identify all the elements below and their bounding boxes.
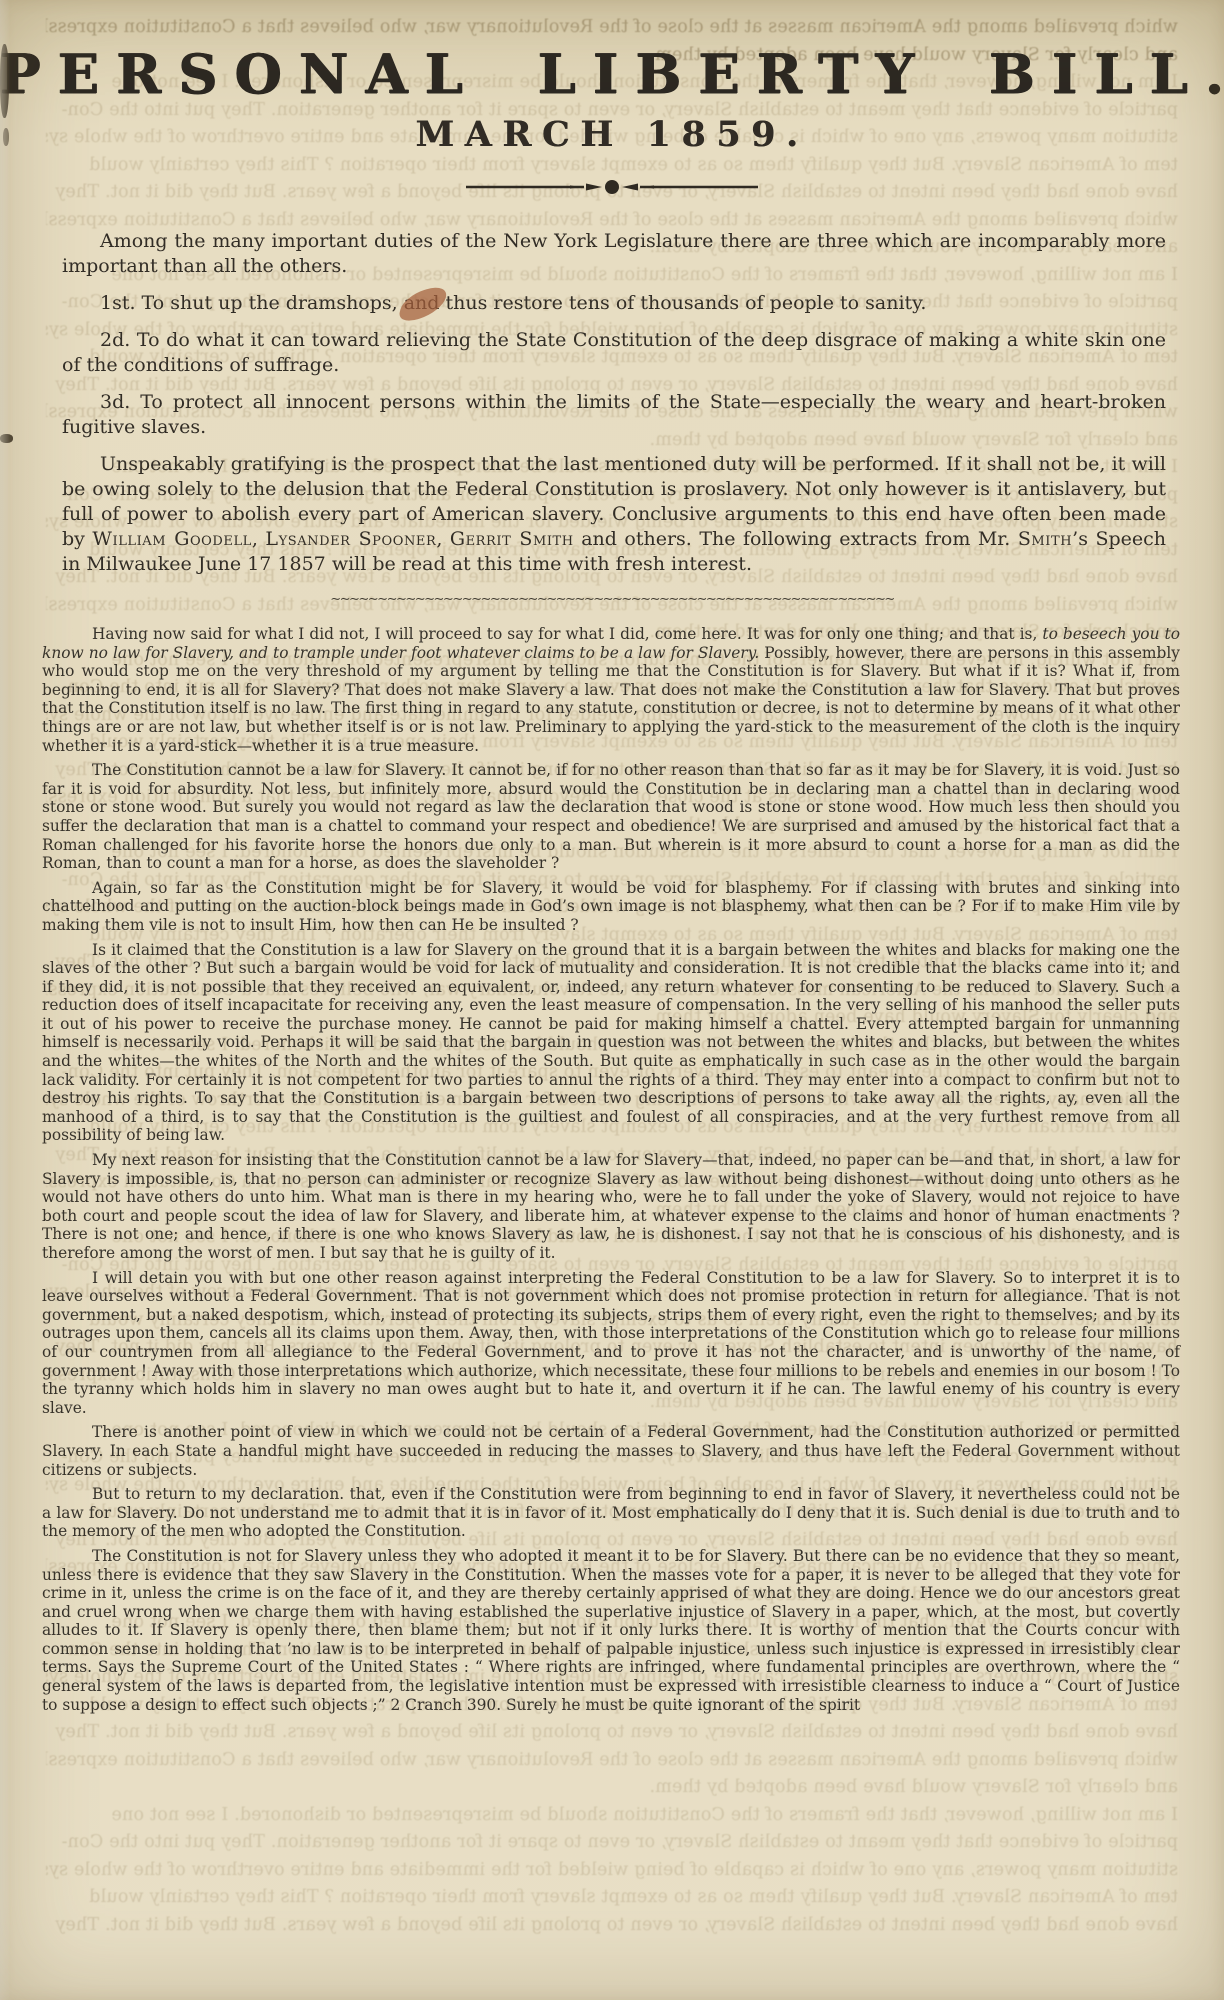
- bleedthrough-line: have done had they been intent to establ…: [46, 1912, 1178, 1940]
- scan-artifact: [0, 434, 13, 443]
- broadside-page: which prevailed among the American masse…: [0, 0, 1224, 2000]
- bleedthrough-line: tem of American Slavery. But they qualif…: [46, 1884, 1178, 1912]
- paragraph: 1st. To shut up the dramshops, and thus …: [62, 291, 1166, 316]
- text-segment: Is it claimed that the Constitution is a…: [42, 941, 1180, 1145]
- text-segment: Among the many important duties of the N…: [62, 230, 1166, 277]
- page-title: PERSONAL LIBERTY BILL.: [0, 42, 1224, 106]
- bleedthrough-line: I am not willing, however, that the fram…: [46, 1802, 1178, 1830]
- wavy-divider: ∼∼∼∼∼∼∼∼∼∼∼∼∼∼∼∼∼∼∼∼∼∼∼∼∼∼∼∼∼∼∼∼∼∼∼∼∼∼∼∼…: [0, 593, 1224, 611]
- text-segment: I will detain you with but one other rea…: [42, 1269, 1180, 1417]
- text-segment: There is another point of view in which …: [42, 1423, 1180, 1478]
- text-segment: Having now said for what I did not, I wi…: [92, 625, 1042, 643]
- text-segment: thus restore tens of thousands of people…: [439, 292, 926, 314]
- text-segment: 3d. To protect all innocent persons with…: [62, 391, 1166, 438]
- text-segment: ,: [436, 528, 450, 550]
- text-segment: Again, so far as the Constitution might …: [42, 879, 1180, 934]
- masthead: PERSONAL LIBERTY BILL. MARCH 1859.: [0, 0, 1224, 195]
- scan-artifact: [3, 128, 9, 146]
- paragraph: Having now said for what I did not, I wi…: [42, 625, 1180, 755]
- text-segment: My next reason for insisting that the Co…: [42, 1151, 1180, 1262]
- text-segment: ,: [252, 528, 266, 550]
- paragraph: The Constitution is not for Slavery unle…: [42, 1547, 1180, 1714]
- ink-stain: and: [404, 292, 440, 314]
- text-segment: Lysander Spooner: [265, 528, 436, 550]
- text-segment: The Constitution cannot be a law for Sla…: [42, 761, 1180, 872]
- scan-artifact: [0, 44, 9, 118]
- paragraph: My next reason for insisting that the Co…: [42, 1151, 1180, 1263]
- paragraph: I will detain you with but one other rea…: [42, 1269, 1180, 1418]
- date-line: MARCH 1859.: [0, 114, 1224, 155]
- paragraph: Among the many important duties of the N…: [62, 229, 1166, 279]
- paragraph: But to return to my declaration. that, e…: [42, 1485, 1180, 1541]
- text-segment: Smith: [1018, 528, 1072, 550]
- text-segment: 2d. To do what it can toward relieving t…: [62, 329, 1166, 376]
- text-segment: Gerrit Smith: [450, 528, 574, 550]
- bleedthrough-line: have done had they been intent to establ…: [46, 1719, 1178, 1747]
- bleedthrough-line: stitution many powers, any one of which …: [46, 1857, 1178, 1885]
- document-content: PERSONAL LIBERTY BILL. MARCH 1859. Among…: [0, 0, 1224, 1714]
- text-segment: William Goodell: [92, 528, 251, 550]
- ornament-divider-icon: [462, 179, 762, 195]
- paragraph: The Constitution cannot be a law for Sla…: [42, 761, 1180, 873]
- paragraph: Again, so far as the Constitution might …: [42, 879, 1180, 935]
- paragraph: Unspeakably gratifying is the prospect t…: [62, 452, 1166, 577]
- text-segment: The Constitution is not for Slavery unle…: [42, 1547, 1180, 1714]
- bleedthrough-line: and clearly for Slavery would have been …: [46, 1774, 1178, 1802]
- paragraph: 3d. To protect all innocent persons with…: [62, 390, 1166, 440]
- text-segment: But to return to my declaration. that, e…: [42, 1485, 1180, 1540]
- speech-paragraphs: Having now said for what I did not, I wi…: [42, 625, 1180, 1714]
- paragraph: There is another point of view in which …: [42, 1423, 1180, 1479]
- paragraph: 2d. To do what it can toward relieving t…: [62, 328, 1166, 378]
- intro-paragraphs: Among the many important duties of the N…: [62, 229, 1166, 577]
- text-segment: 1st. To shut up the dramshops,: [100, 292, 404, 314]
- bleedthrough-line: which prevailed among the American masse…: [46, 1747, 1178, 1775]
- text-segment: and others. The following extracts from …: [574, 528, 1018, 550]
- paragraph: Is it claimed that the Constitution is a…: [42, 941, 1180, 1146]
- bleedthrough-line: particle of evidence that they meant to …: [46, 1829, 1178, 1857]
